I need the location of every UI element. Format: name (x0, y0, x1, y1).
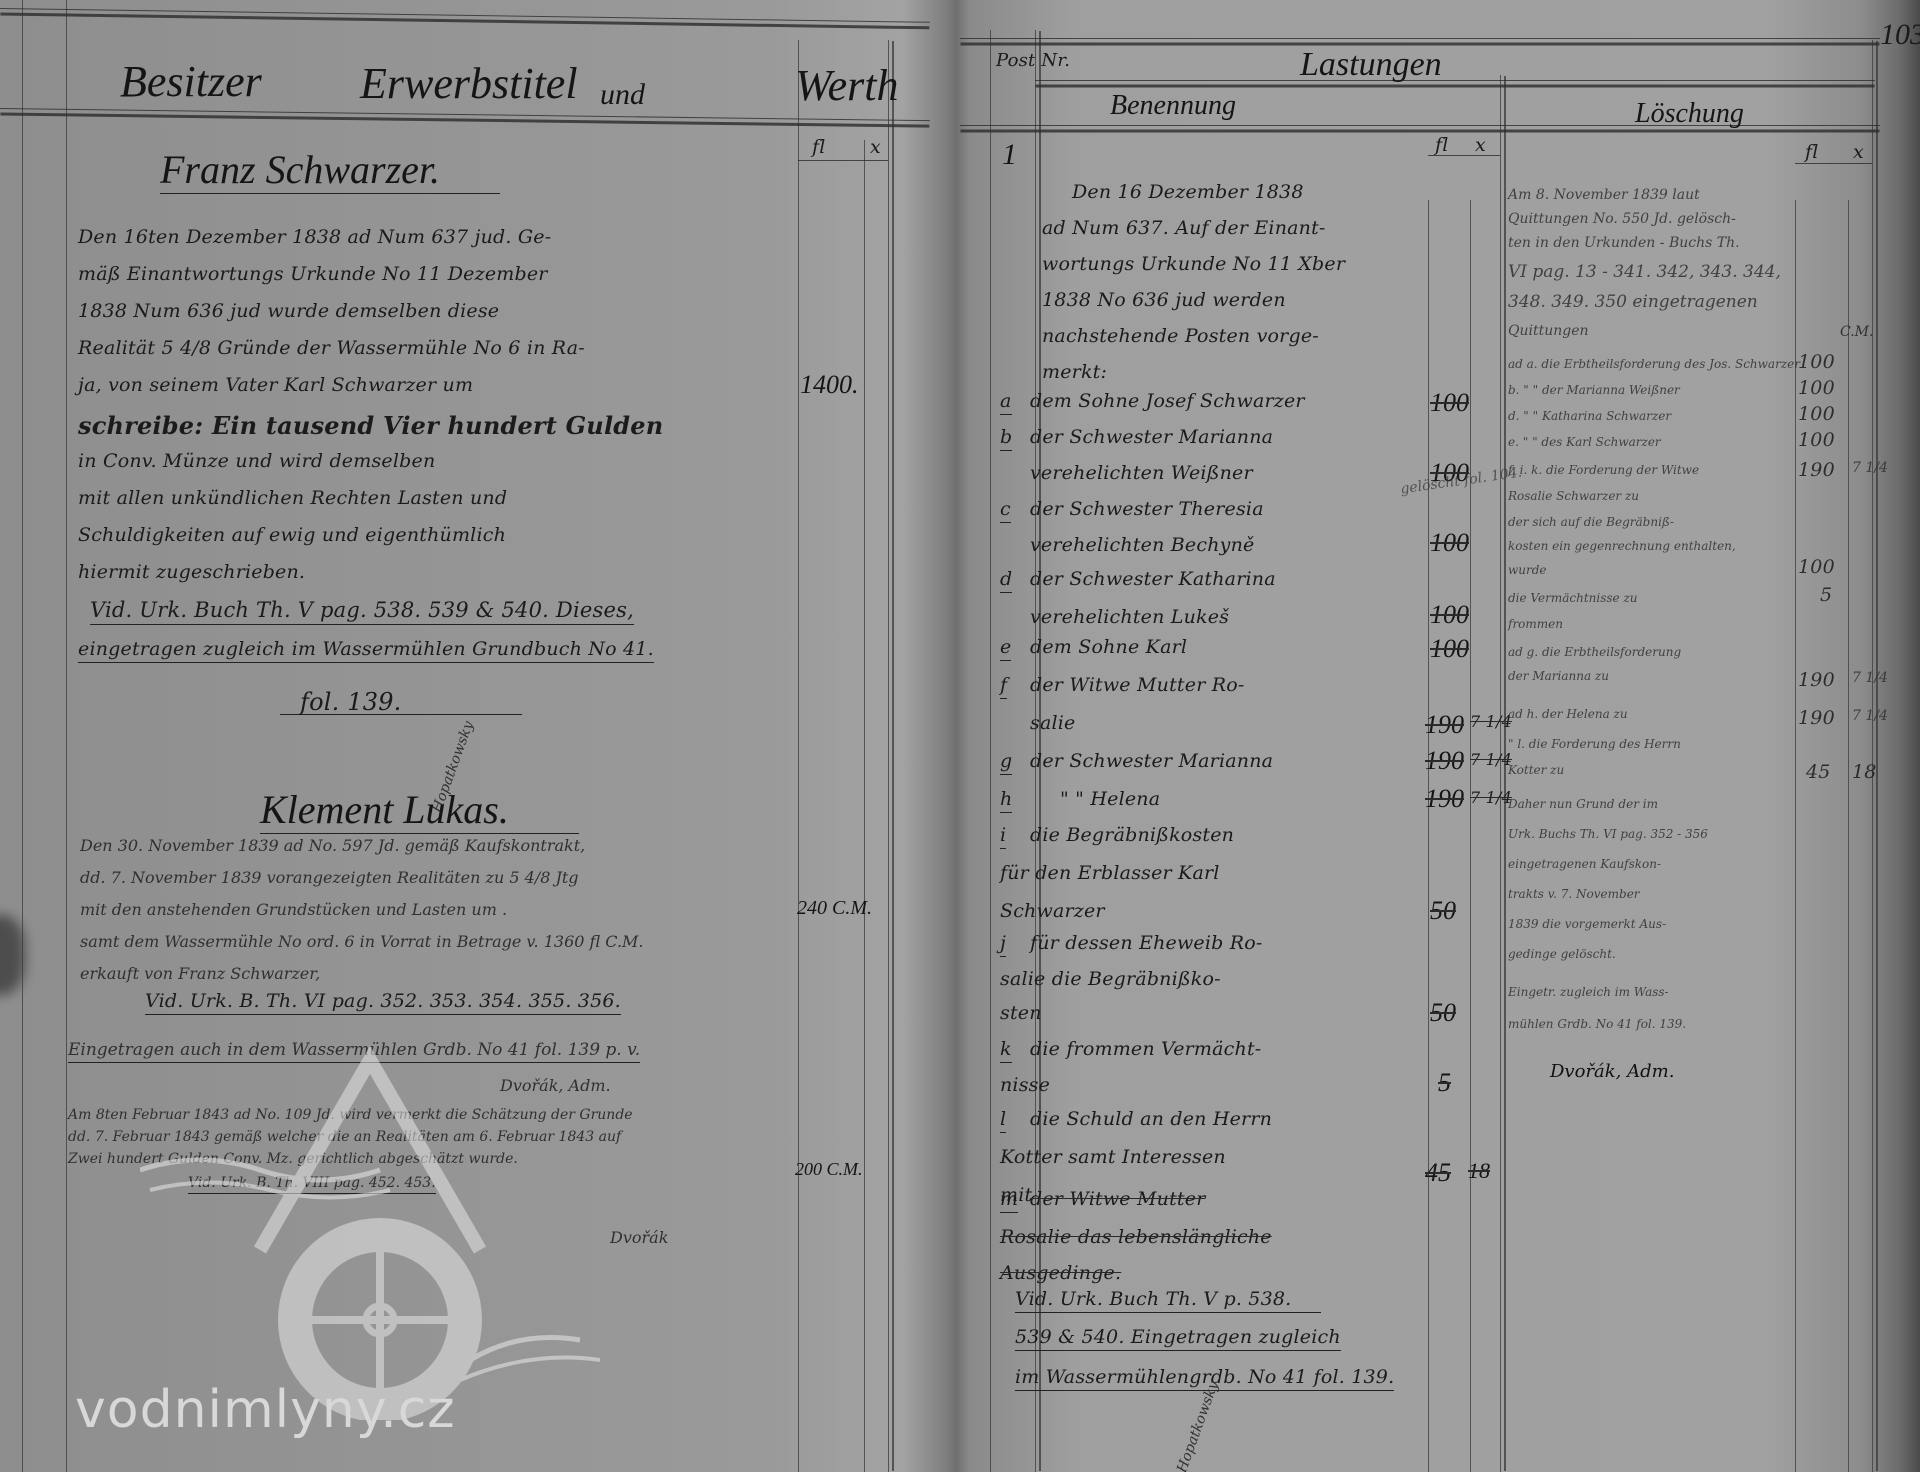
header-loeschung: Löschung (1635, 100, 1744, 128)
item-d-fl: 100 (1430, 602, 1469, 628)
rule-werth-divider (864, 140, 865, 1472)
loeschung-col-fl: fl (1805, 143, 1819, 162)
rule-top-right (960, 38, 1880, 42)
right-page: 103 Post Nr. Lastungen Benennung Löschun… (960, 0, 1920, 1472)
header-erwerbstitel: Erwerbstitel (360, 62, 578, 106)
item-h-kr: 7 1/4 (1470, 790, 1512, 806)
header-post-nr: Post Nr. (996, 52, 1070, 70)
rule-benennung-fl-left (1428, 200, 1429, 1472)
benennung-signature: Hopatkowsky (1175, 1379, 1221, 1472)
loeschung-currency: C.M. (1840, 325, 1873, 339)
watermark-text: vodnimlyny.cz (75, 1380, 456, 1440)
header-und: und (600, 80, 645, 110)
col-fl-label: fl (812, 138, 826, 157)
item-f-fl: 190 (1425, 712, 1464, 738)
rule-left-outer (22, 0, 23, 1472)
item-i-fl: 50 (1430, 898, 1456, 924)
item-g-fl: 190 (1425, 748, 1464, 774)
ledger-spread: Besitzer Erwerbstitel und Werth fl x Fra… (0, 0, 1920, 1472)
post-number: 1 (1002, 140, 1017, 170)
left-page: Besitzer Erwerbstitel und Werth fl x Fra… (0, 0, 955, 1472)
page-number: 103 (1880, 18, 1920, 52)
header-benennung: Benennung (1110, 92, 1236, 120)
item-k-fl: 5 (1438, 1070, 1451, 1096)
item-l-kr: 18 (1468, 1160, 1490, 1182)
owner-name-1: Franz Schwarzer. (160, 150, 500, 194)
benennung-col-kr: x (1475, 136, 1486, 155)
loeschung-signature: Dvořák, Adm. (1550, 1063, 1674, 1081)
rule-loeschung-fl-sub (1795, 163, 1872, 164)
loeschung-col-kr: x (1853, 143, 1864, 162)
item-h-fl: 190 (1425, 786, 1464, 812)
col-kr-label: x (870, 138, 881, 157)
benennung-col-fl: fl (1435, 136, 1449, 155)
value-entry-1: 1400. (800, 372, 859, 398)
rule-right-outer (1872, 40, 1876, 1472)
item-e-fl: 100 (1430, 636, 1469, 662)
value-entry-2: 240 C.M. (797, 898, 872, 918)
entry-1-reference: Vid. Urk. Buch Th. V pag. 538. 539 & 540… (90, 600, 634, 625)
item-f-kr: 7 1/4 (1470, 714, 1512, 730)
rule-top (0, 8, 930, 26)
rule-post-left (990, 30, 991, 1472)
watermill-logo-icon (140, 1040, 660, 1420)
entry-1-folio: fol. 139. (280, 690, 522, 715)
rule-werth-right (888, 40, 892, 1472)
rule-benennung-right (1500, 75, 1504, 1472)
entry-2-reference: Vid. Urk. B. Th. VI pag. 352. 353. 354. … (145, 992, 621, 1015)
owner-name-2: Klement Lukas. (260, 790, 579, 834)
header-lastungen: Lastungen (1300, 48, 1442, 82)
rule-werth-left (798, 40, 799, 1472)
rule-werth-sub (798, 160, 888, 161)
rule-loeschung-fl-left (1795, 200, 1796, 1472)
item-j-fl: 50 (1430, 1000, 1456, 1026)
item-l-fl: 45 (1425, 1160, 1451, 1186)
item-g-kr: 7 1/4 (1470, 752, 1512, 768)
item-c-fl: 100 (1430, 530, 1469, 556)
header-besitzer: Besitzer (120, 60, 262, 104)
rule-left-margin (66, 0, 67, 1472)
entry-1-reference-2: eingetragen zugleich im Wassermühlen Gru… (78, 640, 654, 663)
item-a-fl: 100 (1430, 390, 1469, 416)
rule-header-bottom (0, 108, 930, 124)
rule-loeschung-fl-divider (1848, 200, 1849, 1472)
rule-lastungen-bottom (1035, 80, 1875, 84)
rule-benennung-fl-divider (1470, 200, 1471, 1472)
header-werth: Werth (795, 64, 899, 108)
value-entry-3: 200 C.M. (795, 1160, 863, 1178)
